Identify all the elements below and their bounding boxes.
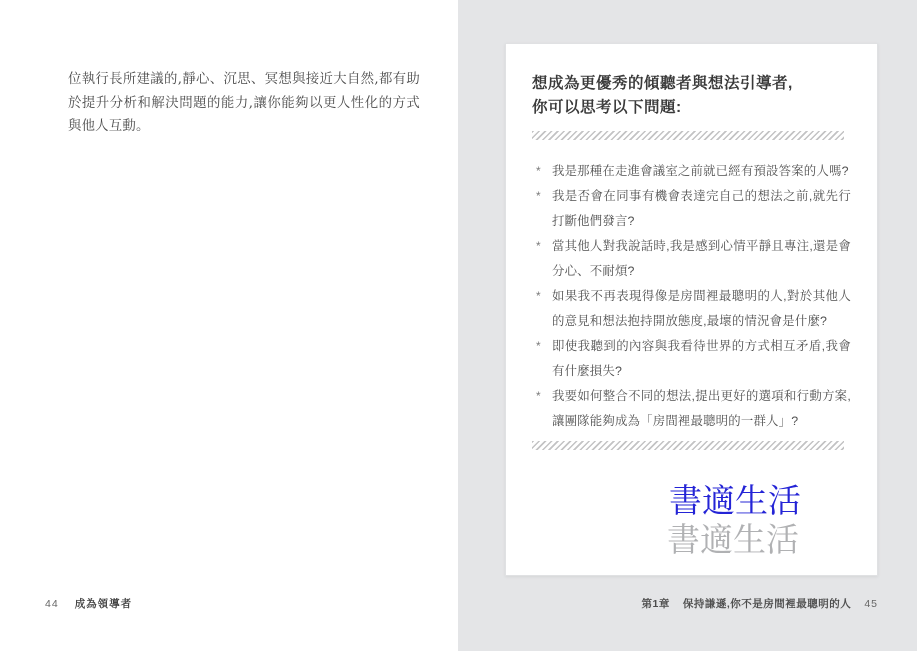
bullet-asterisk-icon: * (536, 159, 541, 184)
bullet-asterisk-icon: * (536, 234, 541, 259)
question-item: *當其他人對我說話時,我是感到心情平靜且專注,還是會分心、不耐煩? (536, 234, 851, 284)
question-text: 我要如何整合不同的想法,提出更好的選項和行動方案,讓團隊能夠成為「房間裡最聰明的… (552, 389, 851, 428)
question-item: *如果我不再表現得像是房間裡最聰明的人,對於其他人的意見和想法抱持開放態度,最壞… (536, 284, 851, 334)
question-item: *我是那種在走進會議室之前就已經有預設答案的人嗎? (536, 159, 851, 184)
bullet-asterisk-icon: * (536, 284, 541, 309)
left-page: 位執行長所建議的,靜心、沉思、冥想與接近大自然,都有助於提升分析和解決問題的能力… (0, 0, 458, 651)
question-text: 當其他人對我說話時,我是感到心情平靜且專注,還是會分心、不耐煩? (552, 239, 851, 278)
question-item: *我是否會在同事有機會表達完自己的想法之前,就先行打斷他們發言? (536, 184, 851, 234)
chapter-label: 第1章 (642, 596, 670, 611)
card-heading: 想成為更優秀的傾聽者與想法引導者, 你可以思考以下問題: (532, 72, 862, 120)
question-text: 即使我聽到的內容與我看待世界的方式相互矛盾,我會有什麼損失? (552, 339, 851, 378)
question-text: 我是那種在走進會議室之前就已經有預設答案的人嗎? (552, 164, 849, 178)
chapter-title: 保持謙遜,你不是房間裡最聰明的人 (683, 596, 851, 611)
card-heading-line2: 你可以思考以下問題: (532, 96, 862, 120)
bullet-asterisk-icon: * (536, 334, 541, 359)
hatched-divider-bottom (532, 441, 844, 450)
content-card: 想成為更優秀的傾聽者與想法引導者, 你可以思考以下問題: *我是那種在走進會議室… (505, 43, 878, 576)
bullet-asterisk-icon: * (536, 384, 541, 409)
right-page-footer: 第1章 保持謙遜,你不是房間裡最聰明的人 45 (642, 596, 878, 611)
card-heading-line1: 想成為更優秀的傾聽者與想法引導者, (532, 72, 862, 96)
question-text: 我是否會在同事有機會表達完自己的想法之前,就先行打斷他們發言? (552, 189, 851, 228)
question-list: *我是那種在走進會議室之前就已經有預設答案的人嗎?*我是否會在同事有機會表達完自… (536, 159, 851, 434)
question-text: 如果我不再表現得像是房間裡最聰明的人,對於其他人的意見和想法抱持開放態度,最壞的… (552, 289, 851, 328)
left-page-number: 44 (45, 598, 59, 610)
right-page-number: 45 (864, 598, 878, 610)
book-spread: 位執行長所建議的,靜心、沉思、冥想與接近大自然,都有助於提升分析和解決問題的能力… (0, 0, 917, 651)
question-item: *即使我聽到的內容與我看待世界的方式相互矛盾,我會有什麼損失? (536, 334, 851, 384)
left-page-body-text: 位執行長所建議的,靜心、沉思、冥想與接近大自然,都有助於提升分析和解決問題的能力… (68, 68, 420, 139)
watermark-blue: 書適生活 (669, 481, 801, 521)
hatched-divider-top (532, 131, 844, 140)
watermark-gray: 書適生活 (667, 520, 799, 560)
bullet-asterisk-icon: * (536, 184, 541, 209)
left-page-footer: 44 成為領導者 (45, 596, 132, 611)
book-title: 成為領導者 (75, 596, 133, 611)
question-item: *我要如何整合不同的想法,提出更好的選項和行動方案,讓團隊能夠成為「房間裡最聰明… (536, 384, 851, 434)
